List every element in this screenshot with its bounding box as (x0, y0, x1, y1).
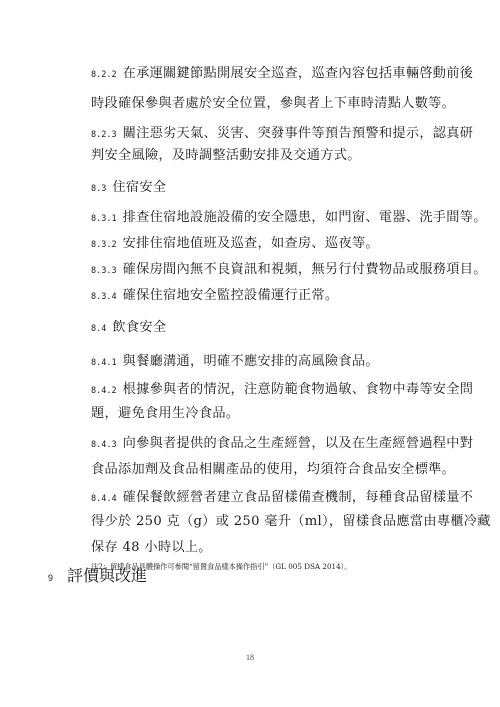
clause-8-2-3: 8.2.3關注惡劣天氣、災害、突發事件等預告預警和提示，認真研 (91, 126, 473, 143)
clause-text: 得少於 250 克（g）或 250 毫升（ml），留樣食品應當由專櫃冷藏 (91, 514, 491, 529)
heading-8-3: 8.3住宿安全 (91, 180, 166, 197)
clause-8-2-2: 8.2.2在承運關鍵節點開展安全巡查，巡查內容包括車輛啓動前後 (91, 66, 473, 83)
section-9-heading: 9評價與改進 (48, 566, 147, 588)
clause-text: 根據參與者的情況，注意防範食物過敏、食物中毒等安全問 (123, 382, 474, 397)
clause-number: 8.2.2 (91, 70, 117, 80)
clause-8-4-3-cont: 食品添加劑及食品相關產品的使用，均須符合食品安全標準。 (91, 462, 455, 478)
heading-text: 飲食安全 (112, 320, 166, 335)
clause-8-4-4-cont: 得少於 250 克（g）或 250 毫升（ml），留樣食品應當由專櫃冷藏 (91, 514, 491, 530)
clause-text: 保存 48 小時以上。 (91, 540, 212, 555)
clause-8-4-4: 8.4.4確保餐飲經營者建立食品留樣備查機制，每種食品留樣量不 (91, 490, 473, 507)
clause-number: 8.2.3 (91, 130, 117, 140)
clause-text: 關注惡劣天氣、災害、突發事件等預告預警和提示，認真研 (123, 126, 474, 141)
clause-text: 確保住宿地安全監控設備運行正常。 (123, 288, 339, 303)
clause-8-2-3-cont: 判安全風險，及時調整活動安排及交通方式。 (91, 148, 361, 164)
section-title: 評價與改進 (67, 566, 147, 585)
clause-8-3-3: 8.3.3確保房間內無不良資訊和視頻，無另行付費物品或服務項目。 (91, 262, 487, 279)
page-number: 18 (0, 653, 500, 662)
clause-number: 8.3.4 (91, 292, 117, 302)
clause-8-4-1: 8.4.1與餐廳溝通，明確不應安排的高風險食品。 (91, 354, 379, 371)
clause-8-3-2: 8.3.2安排住宿地值班及巡查，如查房、巡夜等。 (91, 236, 379, 253)
clause-number: 8.4.3 (91, 440, 117, 450)
clause-text: 安排住宿地值班及巡查，如查房、巡夜等。 (123, 236, 379, 251)
clause-8-4-3: 8.4.3向參與者提供的食品之生產經營，以及在生產經營過程中對 (91, 436, 473, 453)
clause-number: 8.3.2 (91, 240, 117, 250)
heading-text: 住宿安全 (112, 180, 166, 195)
clause-8-2-2-cont: 時段確保參與者處於安全位置，參與者上下車時清點人數等。 (91, 96, 455, 112)
clause-8-4-2-cont: 題，避免食用生冷食品。 (91, 406, 239, 422)
clause-8-4-2: 8.4.2根據參與者的情況，注意防範食物過敏、食物中毒等安全問 (91, 382, 473, 399)
heading-8-4: 8.4飲食安全 (91, 320, 166, 337)
clause-number: 8.4.2 (91, 386, 117, 396)
clause-number: 8.4.4 (91, 494, 117, 504)
clause-text: 判安全風險，及時調整活動安排及交通方式。 (91, 148, 361, 163)
clause-text: 食品添加劑及食品相關產品的使用，均須符合食品安全標準。 (91, 462, 455, 477)
clause-text: 時段確保參與者處於安全位置，參與者上下車時清點人數等。 (91, 96, 455, 111)
clause-number: 8.3.1 (91, 214, 117, 224)
heading-number: 8.3 (91, 184, 106, 194)
clause-text: 向參與者提供的食品之生產經營，以及在生產經營過程中對 (123, 436, 474, 451)
clause-text: 在承運關鍵節點開展安全巡查，巡查內容包括車輛啓動前後 (123, 66, 474, 81)
clause-8-4-4-cont2: 保存 48 小時以上。 (91, 540, 212, 556)
clause-text: 確保餐飲經營者建立食品留樣備查機制，每種食品留樣量不 (123, 490, 474, 505)
clause-8-3-4: 8.3.4確保住宿地安全監控設備運行正常。 (91, 288, 338, 305)
clause-8-3-1: 8.3.1排查住宿地設施設備的安全隱患，如門窗、電器、洗手間等。 (91, 210, 487, 227)
section-number: 9 (48, 573, 53, 583)
clause-text: 與餐廳溝通，明確不應安排的高風險食品。 (123, 354, 379, 369)
clause-text: 題，避免食用生冷食品。 (91, 406, 239, 421)
clause-text: 確保房間內無不良資訊和視頻，無另行付費物品或服務項目。 (123, 262, 487, 277)
clause-number: 8.3.3 (91, 266, 117, 276)
heading-number: 8.4 (91, 324, 106, 334)
clause-number: 8.4.1 (91, 358, 117, 368)
clause-text: 排查住宿地設施設備的安全隱患，如門窗、電器、洗手間等。 (123, 210, 487, 225)
